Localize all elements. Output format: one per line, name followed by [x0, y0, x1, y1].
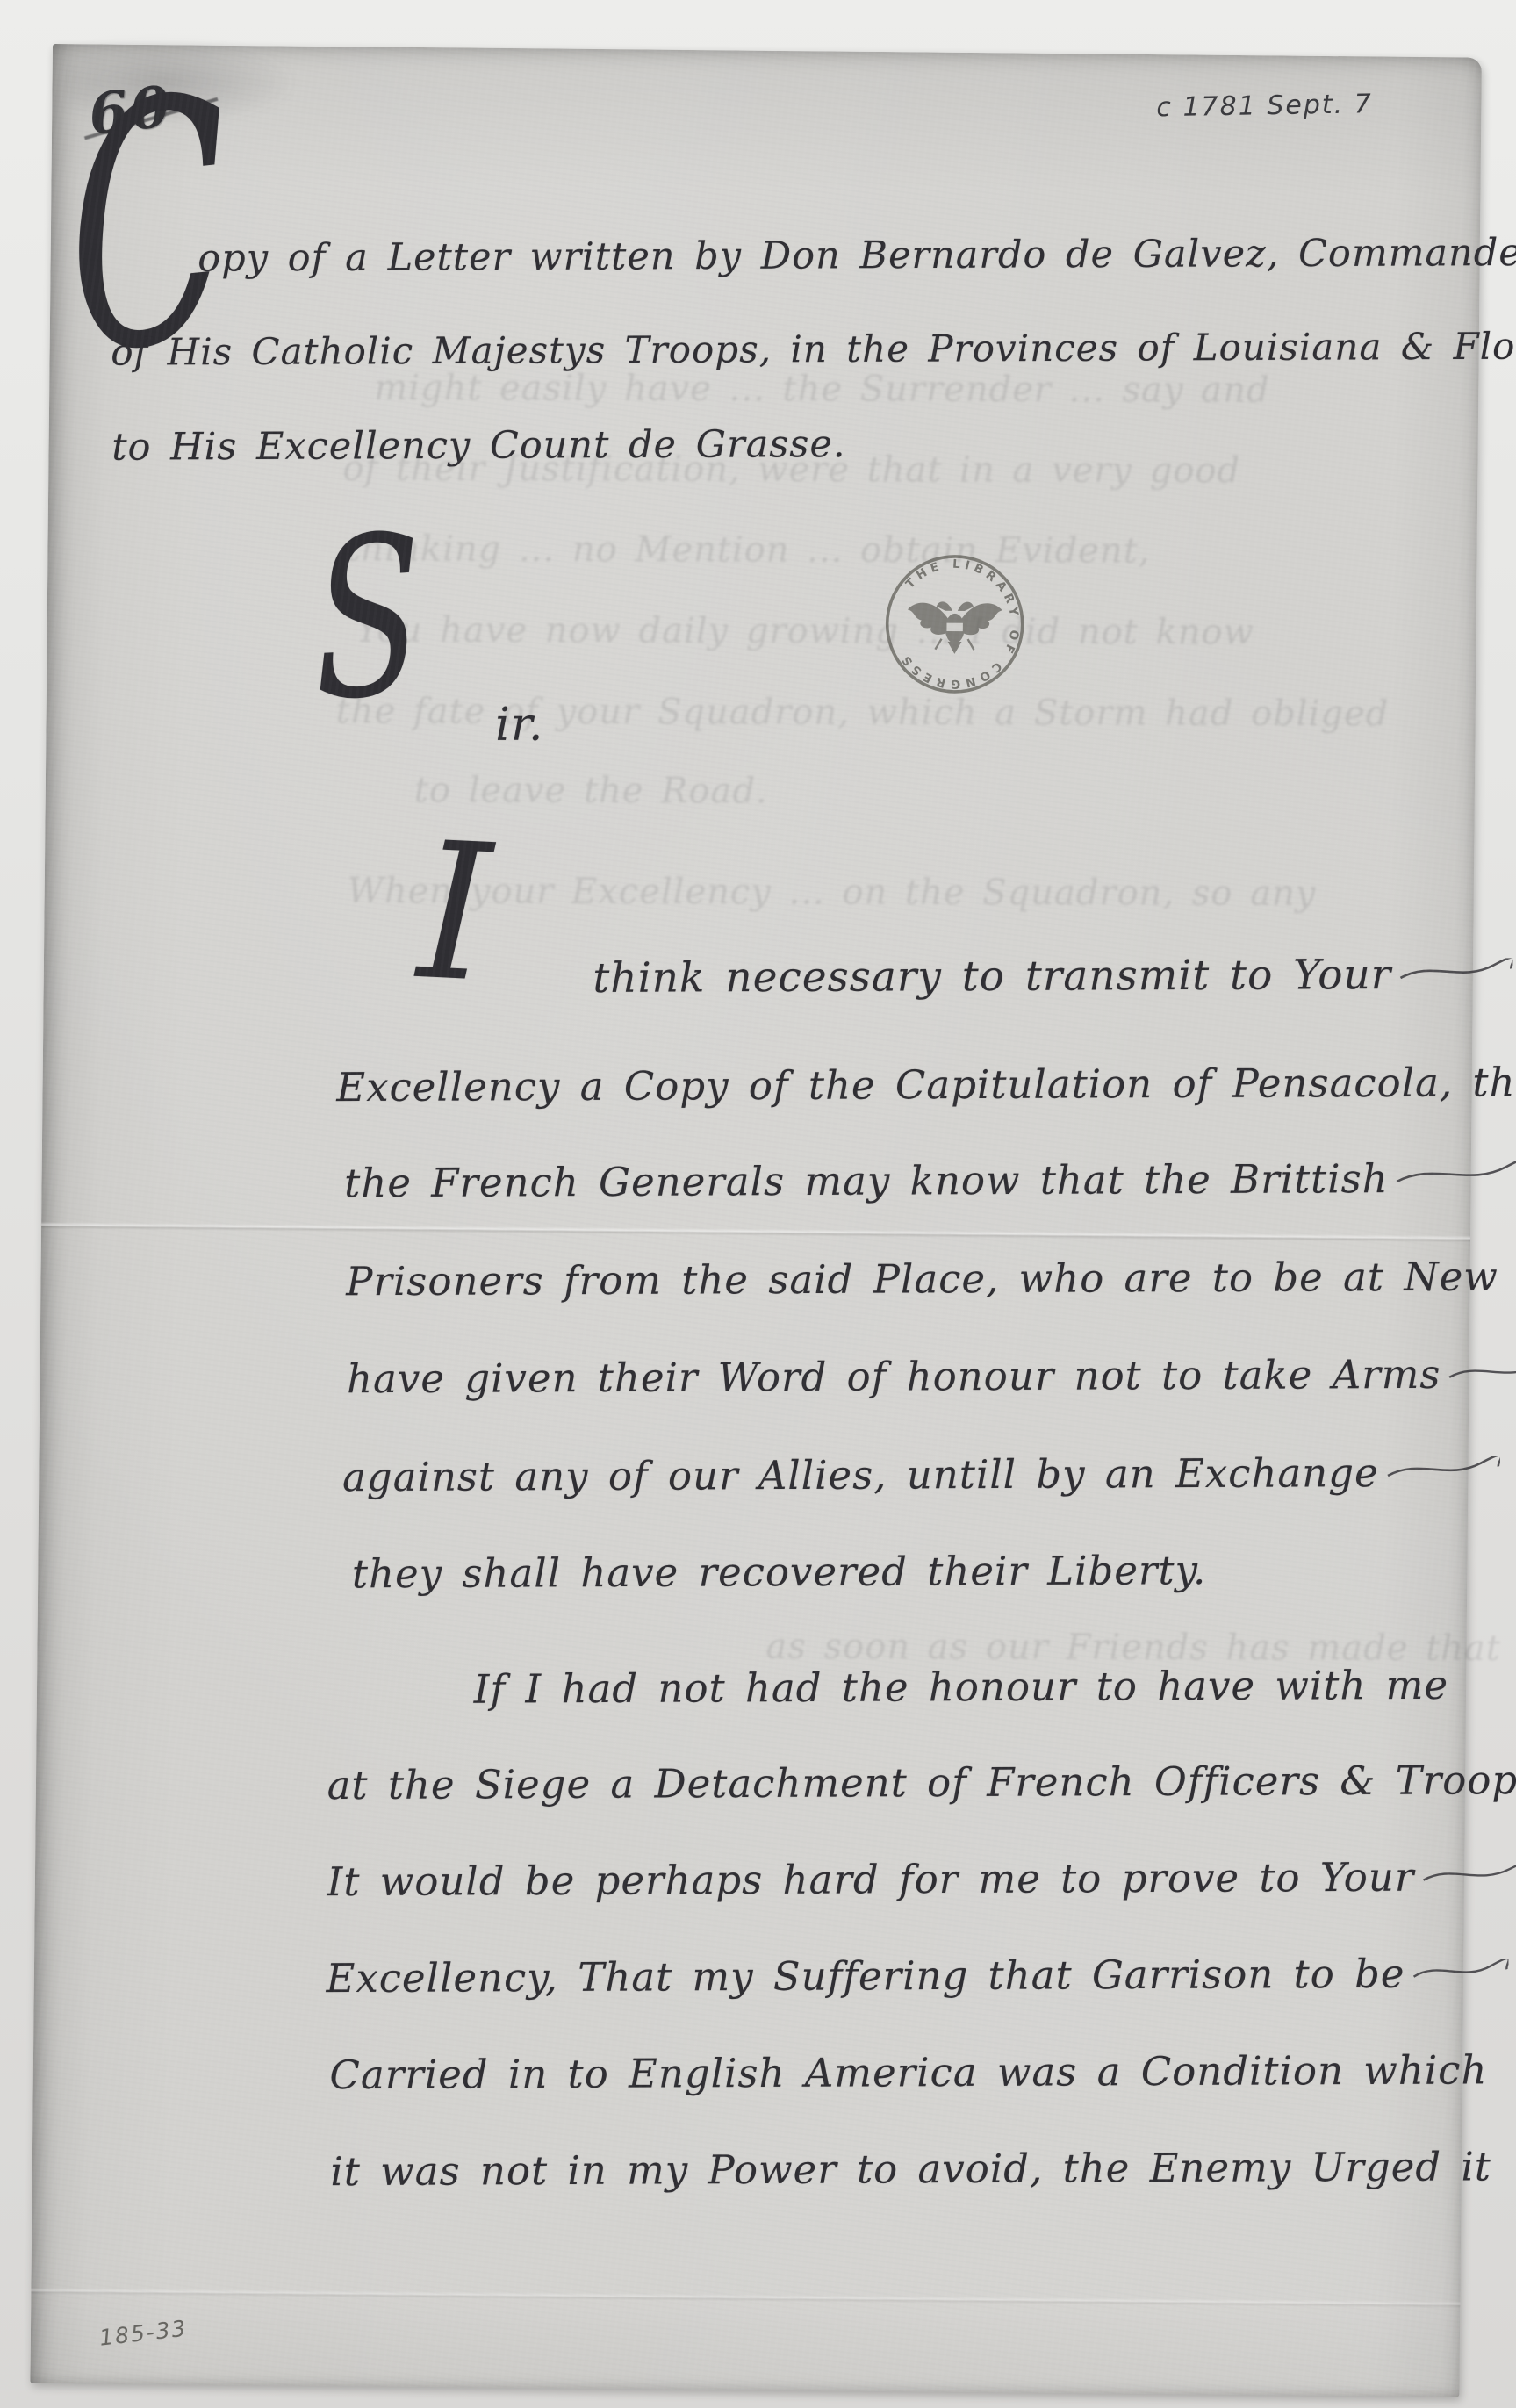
p1-line-6-text: against any of our Allies, untill by an …: [342, 1449, 1379, 1500]
heading-line-3-text: to His Excellency Count de Grasse.: [111, 422, 845, 470]
catalog-number-text: 185-33: [98, 2316, 189, 2351]
heading-line-2: of His Catholic Majestys Troops, in the …: [111, 327, 1516, 370]
p1-line-6: against any of our Allies, untill by an …: [342, 1452, 1500, 1497]
fold-crease: [31, 2288, 1460, 2309]
p1-line-4: Prisoners from the said Place, who are t…: [346, 1256, 1516, 1301]
p1-line-5-text: have given their Word of honour not to t…: [347, 1351, 1441, 1402]
pen-flourish-icon: [1448, 1359, 1516, 1383]
library-of-congress-stamp: THE LIBRARY OF CONGRESS: [879, 548, 1031, 701]
p1-line-7-text: they shall have recovered their Liberty.: [352, 1547, 1207, 1597]
p1-line-3: the French Generals may know that the Br…: [344, 1158, 1516, 1203]
p1-line-2: Excellency a Copy of the Capitulation of…: [336, 1062, 1516, 1107]
bleedthrough-text: the fate of your Squadron, which a Storm…: [336, 691, 1390, 734]
p2-line-5: Carried in to English America was a Cond…: [329, 2050, 1487, 2095]
pen-flourish-icon: [1398, 958, 1512, 983]
pen-flourish-icon: [1421, 1862, 1516, 1886]
catalog-number: 185-33: [98, 2316, 189, 2351]
fold-crease: [41, 1222, 1470, 1243]
p2-line-3-text: It would be perhaps hard for me to prove…: [327, 1854, 1414, 1905]
bleedthrough-text: might easily have ... the Surrender ... …: [374, 368, 1269, 411]
salutation-initial-glyph: S: [310, 487, 425, 749]
heading-line-1-text: opy of a Letter written by Don Bernardo …: [198, 231, 1516, 281]
p1-line-2-text: Excellency a Copy of the Capitulation of…: [336, 1059, 1516, 1111]
bleedthrough-line: might easily have ... the Surrender ... …: [374, 368, 1269, 411]
date-annotation-text: c 1781 Sept. 7: [1156, 89, 1373, 123]
bleedthrough-text: When your Excellency ... on the Squadron…: [348, 871, 1317, 914]
p2-line-2-text: at the Siege a Detachment of French Offi…: [327, 1757, 1516, 1808]
p1-line-7: they shall have recovered their Liberty.: [352, 1550, 1206, 1593]
p2-line-4: Excellency, That my Suffering that Garri…: [326, 1953, 1508, 1998]
p1-line-5: have given their Word of honour not to t…: [347, 1354, 1516, 1398]
p2-line-5-text: Carried in to English America was a Cond…: [329, 2046, 1487, 2098]
date-annotation: c 1781 Sept. 7: [1156, 89, 1373, 123]
p1-line-4-text: Prisoners from the said Place, who are t…: [346, 1253, 1516, 1305]
heading-line-1: opy of a Letter written by Don Bernardo …: [198, 234, 1516, 277]
pen-flourish-icon: [1386, 1456, 1500, 1481]
pen-flourish-icon: [1396, 1160, 1516, 1187]
bleedthrough-text: You have now daily growing ... I did not…: [356, 610, 1254, 653]
heading-line-3: to His Excellency Count de Grasse.: [111, 426, 845, 467]
drop-cap-i: I: [416, 836, 493, 990]
p1-line-1-text: think necessary to transmit to Your: [593, 951, 1391, 1003]
p2-line-4-text: Excellency, That my Suffering that Garri…: [326, 1951, 1405, 2002]
p2-line-1: If I had not had the honour to have with…: [474, 1665, 1448, 1709]
heading-line-2-text: of His Catholic Majestys Troops, in the …: [111, 324, 1516, 373]
bleedthrough-line: the fate of your Squadron, which a Storm…: [336, 691, 1390, 734]
p1-line-1: think necessary to transmit to Your: [593, 953, 1512, 999]
salutation-rest: ir.: [495, 702, 544, 748]
bleedthrough-line: You have now daily growing ... I did not…: [356, 610, 1254, 653]
p2-line-2: at the Siege a Detachment of French Offi…: [327, 1760, 1516, 1805]
bleedthrough-line: When your Excellency ... on the Squadron…: [348, 871, 1317, 914]
p2-line-6: it was not in my Power to avoid, the Ene…: [330, 2146, 1491, 2191]
p2-line-6-text: it was not in my Power to avoid, the Ene…: [330, 2143, 1491, 2195]
salutation-rest-text: ir.: [495, 699, 544, 751]
p2-line-1-text: If I had not had the honour to have with…: [474, 1662, 1449, 1713]
salutation-initial: S: [312, 528, 425, 710]
p1-line-3-text: the French Generals may know that the Br…: [344, 1155, 1389, 1206]
manuscript-page: might easily have ... the Surrender ... …: [30, 44, 1482, 2397]
p2-line-3: It would be perhaps hard for me to prove…: [327, 1857, 1516, 1901]
eagle-icon: [907, 601, 1002, 654]
drop-cap-i-glyph: I: [414, 801, 494, 1024]
pen-flourish-icon: [1412, 1959, 1508, 1981]
scan-backdrop: might easily have ... the Surrender ... …: [0, 0, 1516, 2408]
drop-cap-c: C: [64, 86, 231, 369]
